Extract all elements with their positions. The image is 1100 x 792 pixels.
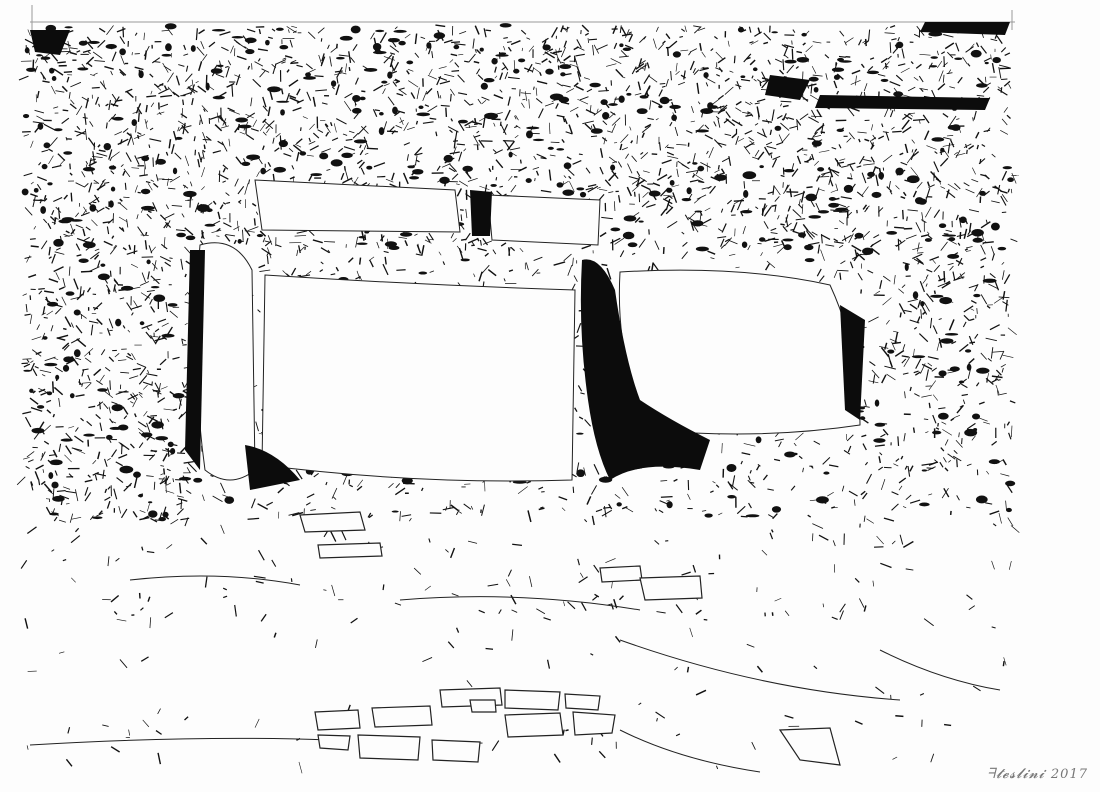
artwork: ᖷ𝓽𝓮𝓼𝓵𝓲𝓷𝓲2017 — [0, 0, 1100, 792]
signature-year: 2017 — [1051, 767, 1088, 782]
artist-signature: ᖷ𝓽𝓮𝓼𝓵𝓲𝓷𝓲2017 — [987, 766, 1088, 782]
ink-drawing — [0, 0, 1100, 792]
signature-name: ᖷ𝓽𝓮𝓼𝓵𝓲𝓷𝓲 — [987, 766, 1045, 782]
